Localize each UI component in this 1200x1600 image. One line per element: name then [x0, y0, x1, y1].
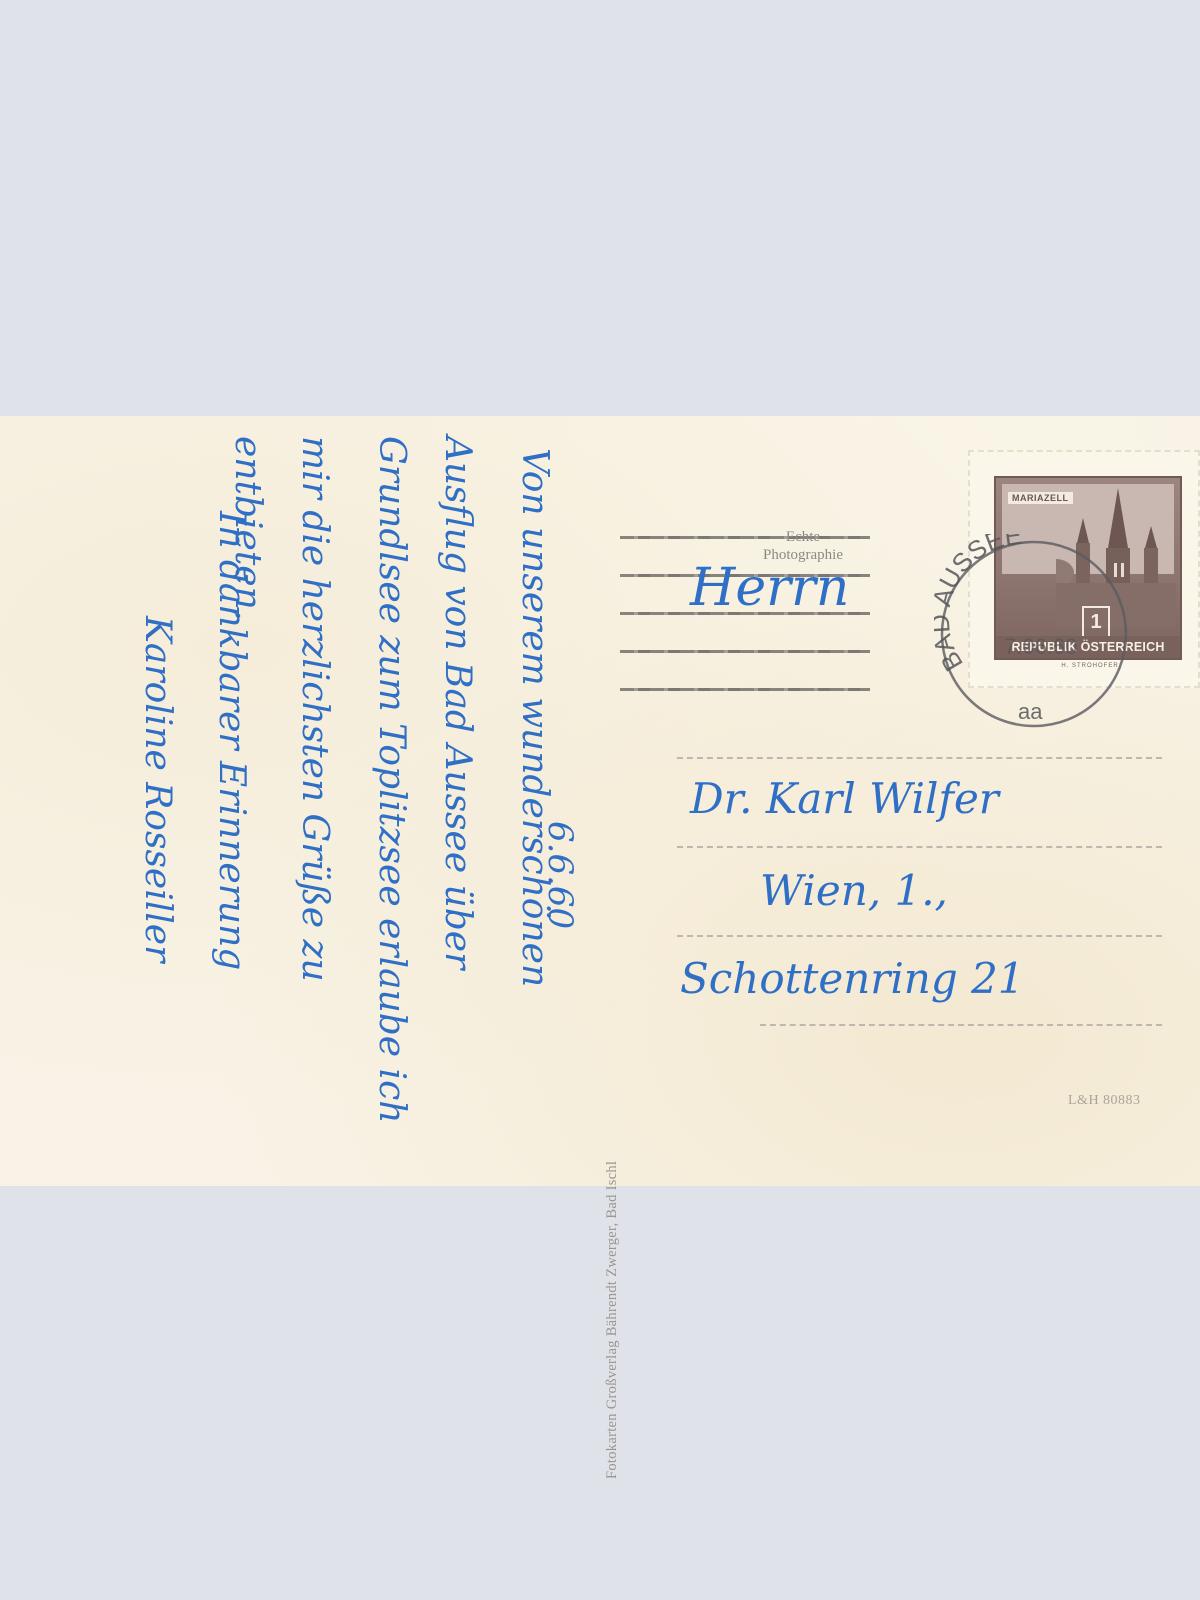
postmark-icon: BAD AUSSEE 7.06.60 aa — [934, 534, 1134, 734]
postmark-date: 7.06.60 — [1004, 634, 1077, 659]
address-name: Dr. Karl Wilfer — [690, 774, 999, 823]
address-line-1 — [677, 757, 1162, 759]
publisher-imprint: Fotokarten Großverlag Bährendt Zwerger, … — [604, 1161, 621, 1479]
message-line: Grundlsee zum Toplitzsee erlaube ich — [371, 436, 412, 1123]
message-line: Von unserem wunderschönen — [514, 448, 555, 987]
postmark-code: aa — [1018, 699, 1043, 724]
serial-number: L&H 80883 — [1068, 1093, 1141, 1109]
message-line: Ausflug von Bad Aussee über — [437, 436, 478, 969]
address-line-4 — [760, 1024, 1162, 1026]
address-salutation: Herrn — [690, 558, 849, 618]
message-line: mir die herzlichsten Grüße zu — [294, 436, 335, 982]
address-line-3 — [677, 935, 1162, 937]
message-closing: In dankbarer Erinnerung — [211, 511, 252, 970]
address-city: Wien, 1., — [760, 866, 948, 915]
address-line-2 — [677, 846, 1162, 848]
stamp-place: MARIAZELL — [1008, 492, 1073, 504]
header-line-1: Echte — [738, 528, 868, 546]
message-signature: Karoline Rosseiller — [137, 616, 178, 962]
postcard: Echte Photographie Fotokarten Großverlag… — [0, 416, 1200, 1186]
address-street: Schottenring 21 — [680, 954, 1025, 1003]
